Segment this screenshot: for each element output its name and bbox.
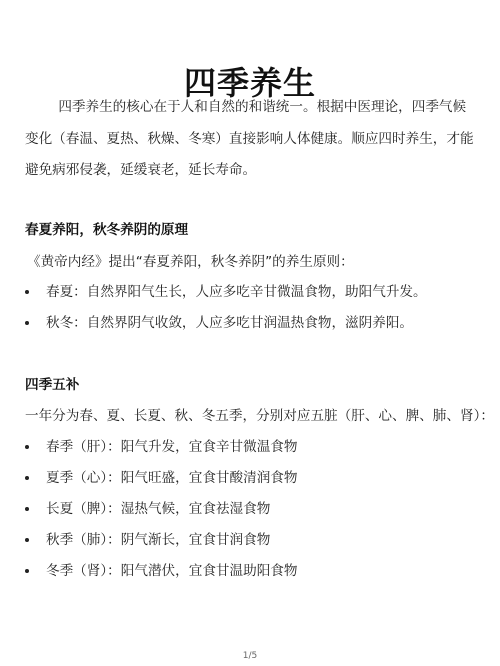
list-item-text: 长夏（脾）：湿热气候，宜食祛湿食物 (46, 499, 270, 519)
bullet-icon (25, 569, 29, 573)
section-lead-huangdi-neijing: 《黄帝内经》提出“春夏养阳，秋冬养阴”的养生原则： (27, 252, 354, 272)
bullet-icon (25, 538, 29, 542)
section-lead-five-seasons: 一年分为春、夏、长夏、秋、冬五季，分别对应五脏（肝、心、脾、肺、肾）： (25, 406, 494, 426)
list-item-text: 春夏：自然界阳气生长，人应多吃辛甘微温食物，助阳气升发。 (46, 282, 427, 302)
list-item-text: 秋季（肺）：阴气渐长，宜食甘润食物 (46, 530, 270, 550)
bullet-icon (25, 445, 29, 449)
bullet-icon (25, 321, 29, 325)
document-page: 四季养生 四季养生的核心在于人和自然的和谐统一。根据中医理论，四季气候变化（春温… (0, 0, 500, 666)
intro-paragraph: 四季养生的核心在于人和自然的和谐统一。根据中医理论，四季气候变化（春温、夏热、秋… (25, 92, 477, 187)
section-heading-yin-yang: 春夏养阳，秋冬养阴的原理 (25, 220, 188, 240)
list-item-text: 夏季（心）：阳气旺盛，宜食甘酸清润食物 (46, 468, 297, 488)
section-heading-four-seasons-five-tonics: 四季五补 (25, 375, 79, 395)
list-item-text: 秋冬：自然界阴气收敛，人应多吃甘润温热食物，滋阴养阳。 (46, 313, 413, 333)
list-item-text: 冬季（肾）：阳气潜伏，宜食甘温助阳食物 (46, 561, 297, 581)
list-item-text: 春季（肝）：阳气升发，宜食辛甘微温食物 (46, 437, 297, 457)
bullet-icon (25, 507, 29, 511)
page-indicator: 1/5 (0, 651, 500, 661)
bullet-icon (25, 476, 29, 480)
bullet-icon (25, 290, 29, 294)
